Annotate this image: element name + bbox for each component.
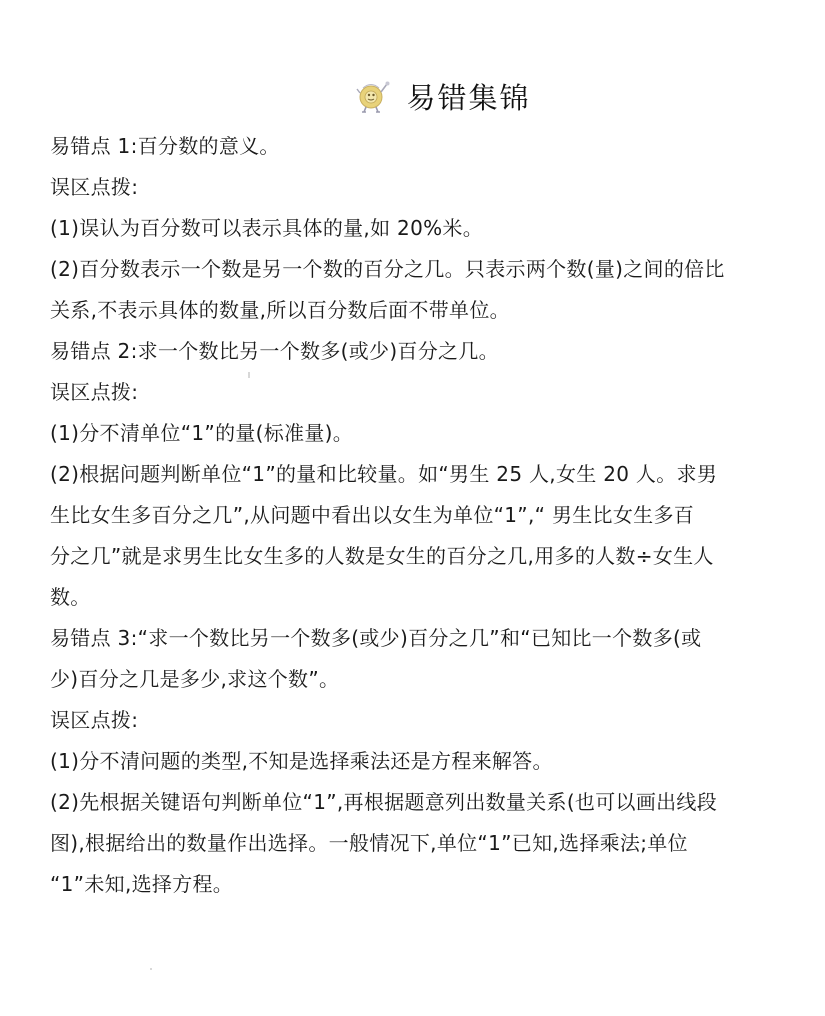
- scan-speck: [150, 968, 152, 970]
- title-group: 易错集锦: [354, 76, 530, 117]
- tip-point: (1)分不清问题的类型,不知是选择乘法还是方程来解答。: [50, 741, 780, 782]
- tip-point-continuation: 生比女生多百分之几”,从问题中看出以女生为单位“1”,“ 男生比女生多百: [50, 495, 780, 536]
- document-page: 易错集锦 易错点 1:百分数的意义。 误区点拨: (1)误认为百分数可以表示具体…: [0, 0, 825, 1016]
- mistake-heading-2: 易错点 2:求一个数比另一个数多(或少)百分之几。: [50, 331, 780, 372]
- tip-label: 误区点拨:: [50, 167, 780, 208]
- mistake-heading-continuation: 少)百分之几是多少,求这个数”。: [50, 659, 780, 700]
- tip-point-continuation: 分之几”就是求男生比女生多的人数是女生的百分之几,用多的人数÷女生人: [50, 536, 780, 577]
- tip-point: (2)先根据关键语句判断单位“1”,再根据题意列出数量关系(也可以画出线段: [50, 782, 780, 823]
- tip-point-continuation: 图),根据给出的数量作出选择。一般情况下,单位“1”已知,选择乘法;单位: [50, 823, 780, 864]
- tip-point-continuation: 数。: [50, 577, 780, 618]
- tip-label: 误区点拨:: [50, 372, 780, 413]
- tip-label: 误区点拨:: [50, 700, 780, 741]
- mistake-heading-1: 易错点 1:百分数的意义。: [50, 126, 780, 167]
- tip-point-continuation: 关系,不表示具体的数量,所以百分数后面不带单位。: [50, 290, 780, 331]
- tip-point: (1)分不清单位“1”的量(标准量)。: [50, 413, 780, 454]
- tip-point: (2)百分数表示一个数是另一个数的百分之几。只表示两个数(量)之间的倍比: [50, 249, 780, 290]
- cartoon-mascot-icon: [354, 78, 392, 114]
- page-title: 易错集锦: [406, 76, 530, 117]
- tip-point-continuation: “1”未知,选择方程。: [50, 864, 780, 905]
- mistake-heading-3: 易错点 3:“求一个数比另一个数多(或少)百分之几”和“已知比一个数多(或: [50, 618, 780, 659]
- scan-speck: [248, 372, 250, 378]
- tip-point: (2)根据问题判断单位“1”的量和比较量。如“男生 25 人,女生 20 人。求…: [50, 454, 780, 495]
- title-row: 易错集锦: [0, 74, 825, 118]
- document-body: 易错点 1:百分数的意义。 误区点拨: (1)误认为百分数可以表示具体的量,如 …: [50, 126, 780, 905]
- tip-point: (1)误认为百分数可以表示具体的量,如 20%米。: [50, 208, 780, 249]
